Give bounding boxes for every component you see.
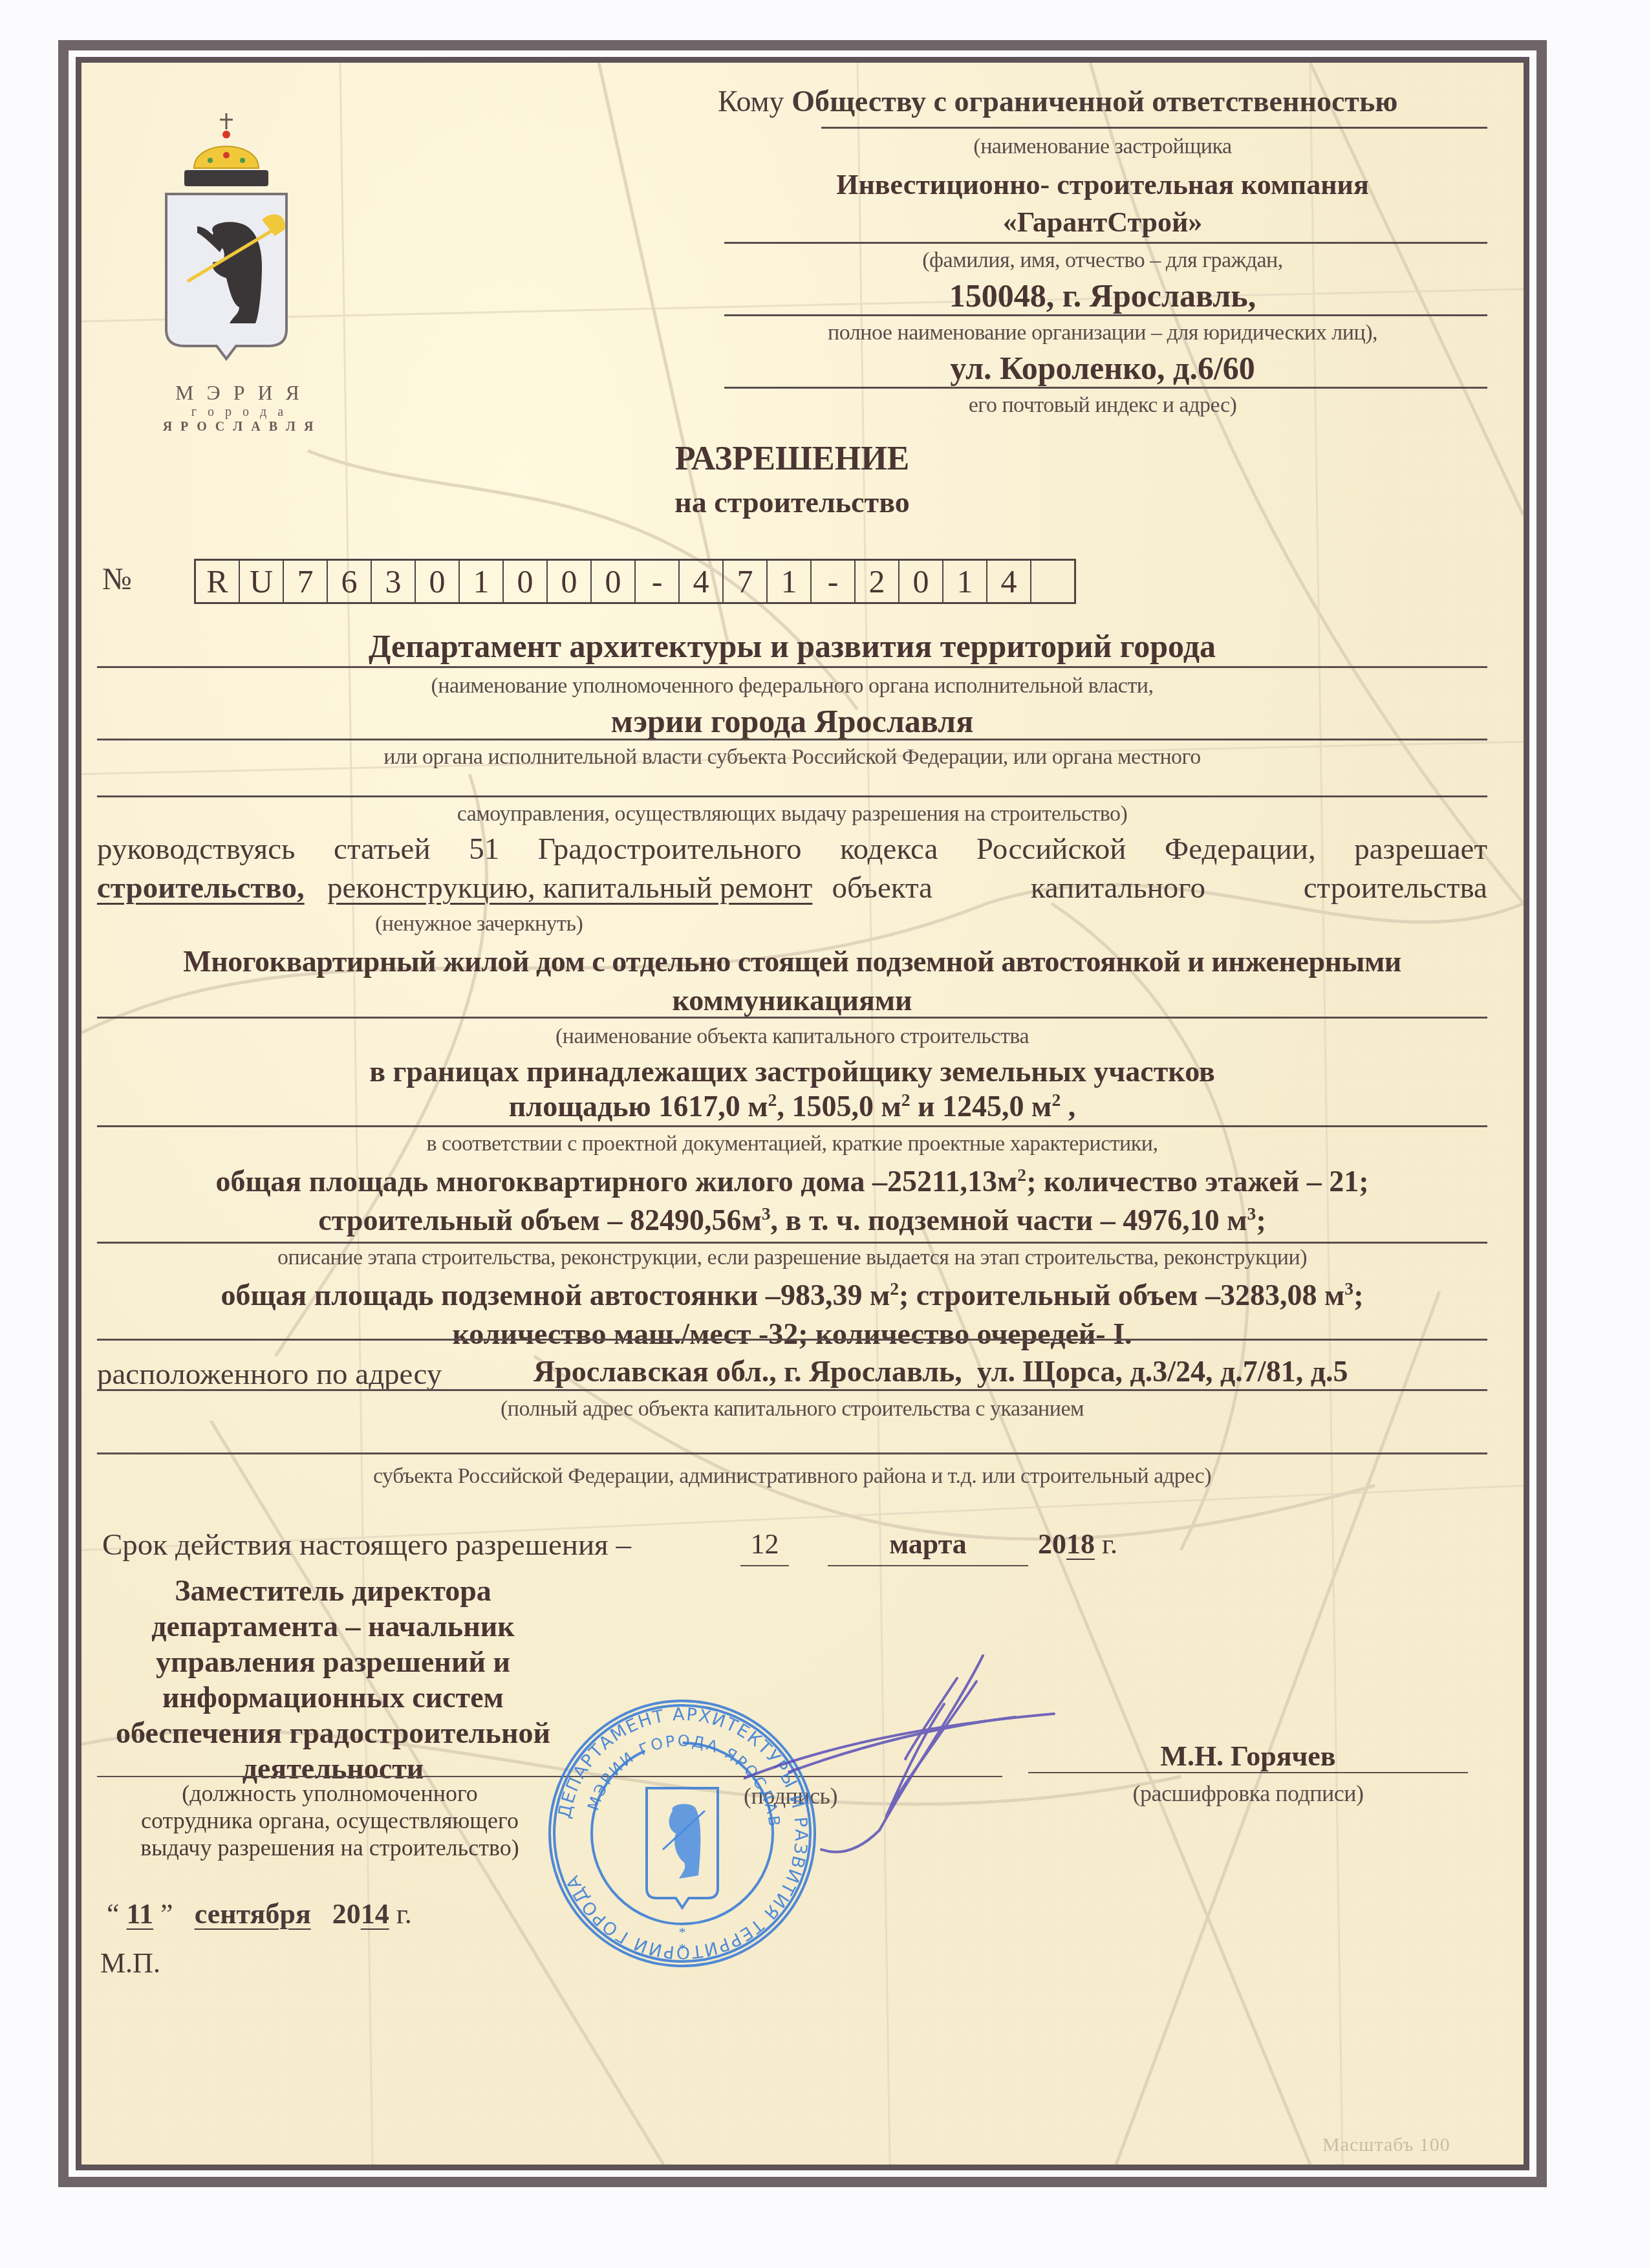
permit-number-cell: R	[196, 561, 240, 602]
validity-year: 2018 г.	[1038, 1528, 1117, 1561]
addressee-hint-4: его почтовый индекс и адрес)	[718, 393, 1487, 418]
svg-text:*: *	[679, 1924, 686, 1940]
volume-value: 82490,56м	[630, 1204, 762, 1237]
permit-number-cell: 4	[987, 561, 1031, 602]
signatory-name: М.Н. Горячев	[1028, 1740, 1468, 1773]
position-line: информационных систем	[97, 1679, 569, 1715]
permit-number-label: №	[102, 561, 132, 597]
emblem-text-line1: М Э Р И Я	[158, 381, 320, 405]
permit-number-grid: RU76301000-471-2014	[194, 559, 1076, 604]
addressee-name-line2: Инвестиционно- строительная компания	[718, 168, 1487, 201]
position-line: управления разрешений и	[97, 1644, 569, 1679]
permit-number-cell: 0	[592, 561, 636, 602]
basis-word: статьей	[334, 832, 431, 867]
plots-line2: площадью 1617,0 м2, 1505,0 м2 и 1245,0 м…	[97, 1089, 1487, 1123]
validity-month: марта	[828, 1528, 1028, 1561]
issuer-hint1: (наименование уполномоченного федерально…	[97, 674, 1487, 698]
emblem-text-line2: г о р о д а	[158, 405, 320, 420]
signatory-position: Заместитель директорадепартамента – нача…	[97, 1573, 569, 1786]
issuer-hint3: самоуправления, осуществляющих выдачу ра…	[97, 802, 1487, 826]
handwritten-signature-icon	[744, 1643, 1080, 1869]
location-address: Ярославская обл., г. Ярославль, ул. Щорс…	[533, 1354, 1348, 1388]
parking-volume-value: 3283,08 м	[1220, 1279, 1344, 1312]
position-line: обеспечения градостроительной	[97, 1715, 569, 1751]
basis-word: 51	[469, 832, 499, 867]
permit-number-cell: 0	[548, 561, 592, 602]
basis-word: руководствуясь	[97, 832, 296, 867]
basis-word: кодекса	[840, 832, 938, 867]
addressee-hint-1: (наименование застройщика	[718, 135, 1487, 159]
basis-line: руководствуясьстатьей51Градостроительног…	[97, 832, 1487, 867]
document-subtitle: на строительство	[517, 485, 1067, 519]
permit-number-cell: 0	[900, 561, 943, 602]
signatory-name-hint: (расшифровка подписи)	[1028, 1780, 1468, 1807]
position-hint-line: (должность уполномоченного	[97, 1780, 563, 1807]
floors-value: 21	[1329, 1165, 1359, 1198]
stage-hint: описание этапа строительства, реконструк…	[97, 1246, 1487, 1270]
basis-word: Российской	[976, 832, 1126, 867]
issue-day: 11	[127, 1898, 154, 1930]
basis-options-line: строительство, реконструкцию, капитальны…	[97, 870, 1487, 905]
permit-number-cell: 0	[416, 561, 460, 602]
object-name-line1: Многоквартирный жилой дом с отдельно сто…	[97, 944, 1487, 978]
signatory-position-hint: (должность уполномоченногосотрудника орг…	[97, 1780, 563, 1861]
permit-number-cell: 3	[372, 561, 416, 602]
permit-number-cell: 6	[328, 561, 372, 602]
addressee-name-line1: Обществу с ограниченной ответственностью	[792, 85, 1397, 118]
plot-area-1: 1617,0 м2	[658, 1090, 777, 1123]
permit-number-cell: 7	[724, 561, 768, 602]
underground-volume-value: 4976,10 м	[1123, 1204, 1247, 1237]
permit-number-cell: U	[240, 561, 284, 602]
permit-number-cell: 0	[504, 561, 548, 602]
permit-number-cell: 1	[460, 561, 504, 602]
parking-area-value: 983,39 м	[781, 1279, 890, 1312]
permit-number-cell	[1031, 561, 1074, 602]
basis-word: Федерации,	[1165, 832, 1316, 867]
basis-word: разрешает	[1354, 832, 1487, 867]
object-hint: (наименование объекта капитального строи…	[97, 1024, 1487, 1049]
city-emblem: М Э Р И Я г о р о д а Я Р О С Л А В Л Я	[158, 110, 320, 382]
issuer-hint2: или органа исполнительной власти субъект…	[97, 745, 1487, 770]
basis-tail-word: строительства	[1304, 870, 1487, 905]
document-title: РАЗРЕШЕНИЕ	[517, 440, 1067, 478]
permit-number-cell: 4	[680, 561, 724, 602]
yaroslavl-coat-of-arms-icon	[158, 110, 320, 382]
map-scale-watermark: Масштабъ 100	[1322, 2134, 1450, 2156]
position-line: департамента – начальник	[97, 1608, 569, 1644]
issuer-line2: мэрии города Ярославля	[97, 702, 1487, 740]
permit-number-cell: 7	[284, 561, 328, 602]
addressee-prefix: Кому	[718, 85, 784, 118]
addressee-hint-3: полное наименование организации – для юр…	[718, 321, 1487, 345]
seal-place-label: М.П.	[100, 1947, 160, 1980]
permit-number-cell: 1	[943, 561, 987, 602]
basis-hint: (ненужное зачеркнуть)	[375, 912, 583, 936]
option-construction: строительство,	[97, 871, 305, 905]
issuer-line1: Департамент архитектуры и развития терри…	[97, 627, 1487, 665]
validity-label: Срок действия настоящего разрешения –	[102, 1528, 631, 1562]
addressee-address-line1: 150048, г. Ярославль,	[718, 277, 1487, 314]
house-area-value: 25211,13м	[887, 1165, 1017, 1198]
plot-area-2: 1505,0 м2	[792, 1090, 910, 1123]
parking-line: общая площадь подземной автостоянки –983…	[97, 1278, 1487, 1312]
spaces-line: количество маш./мест -32; количество оче…	[97, 1317, 1487, 1351]
plots-line1: в границах принадлежащих застройщику зем…	[97, 1054, 1487, 1088]
position-hint-line: сотрудника органа, осуществляющего	[97, 1807, 563, 1834]
validity-day: 12	[740, 1528, 789, 1561]
issue-month: сентября	[195, 1898, 311, 1930]
basis-word: Градостроительного	[538, 832, 802, 867]
stages-value: I.	[1113, 1317, 1132, 1350]
volume-line: строительный объем – 82490,56м3, в т. ч.…	[97, 1203, 1487, 1237]
addressee-name-line3: «ГарантСтрой»	[718, 206, 1487, 239]
permit-number-cell: -	[636, 561, 680, 602]
permit-number-cell: 2	[856, 561, 900, 602]
permit-number-cell: -	[812, 561, 856, 602]
plot-area-3: 1245,0 м2	[942, 1090, 1061, 1123]
spaces-value: 32	[768, 1317, 798, 1350]
characteristics-hint: в соответствии с проектной документацией…	[97, 1132, 1487, 1156]
issue-year: 14	[361, 1898, 389, 1930]
house-characteristics-line: общая площадь многоквартирного жилого до…	[97, 1164, 1487, 1198]
option-reconstruction-repair-struck: реконструкцию, капитальный ремонт	[327, 871, 812, 905]
location-hint1: (полный адрес объекта капитального строи…	[97, 1397, 1487, 1421]
svg-text:*: *	[679, 1940, 686, 1956]
basis-tail-word: объекта	[832, 870, 932, 905]
emblem-text-line3: Я Р О С Л А В Л Я	[158, 420, 320, 435]
position-hint-line: выдачу разрешения на строительство)	[97, 1834, 563, 1861]
permit-number-cell: 1	[768, 561, 812, 602]
basis-tail-word: капитального	[1031, 870, 1205, 905]
issue-date: “ 11 ” сентября 2014 г.	[107, 1897, 412, 1930]
location-label: расположенного по адресу	[97, 1357, 442, 1392]
addressee-address-line2: ул. Короленко, д.6/60	[718, 349, 1487, 387]
location-hint2: субъекта Российской Федерации, администр…	[97, 1464, 1487, 1489]
position-line: Заместитель директора	[97, 1573, 569, 1608]
object-name-line2: коммуникациями	[97, 983, 1487, 1017]
addressee-hint-2: (фамилия, имя, отчество – для граждан,	[718, 248, 1487, 273]
